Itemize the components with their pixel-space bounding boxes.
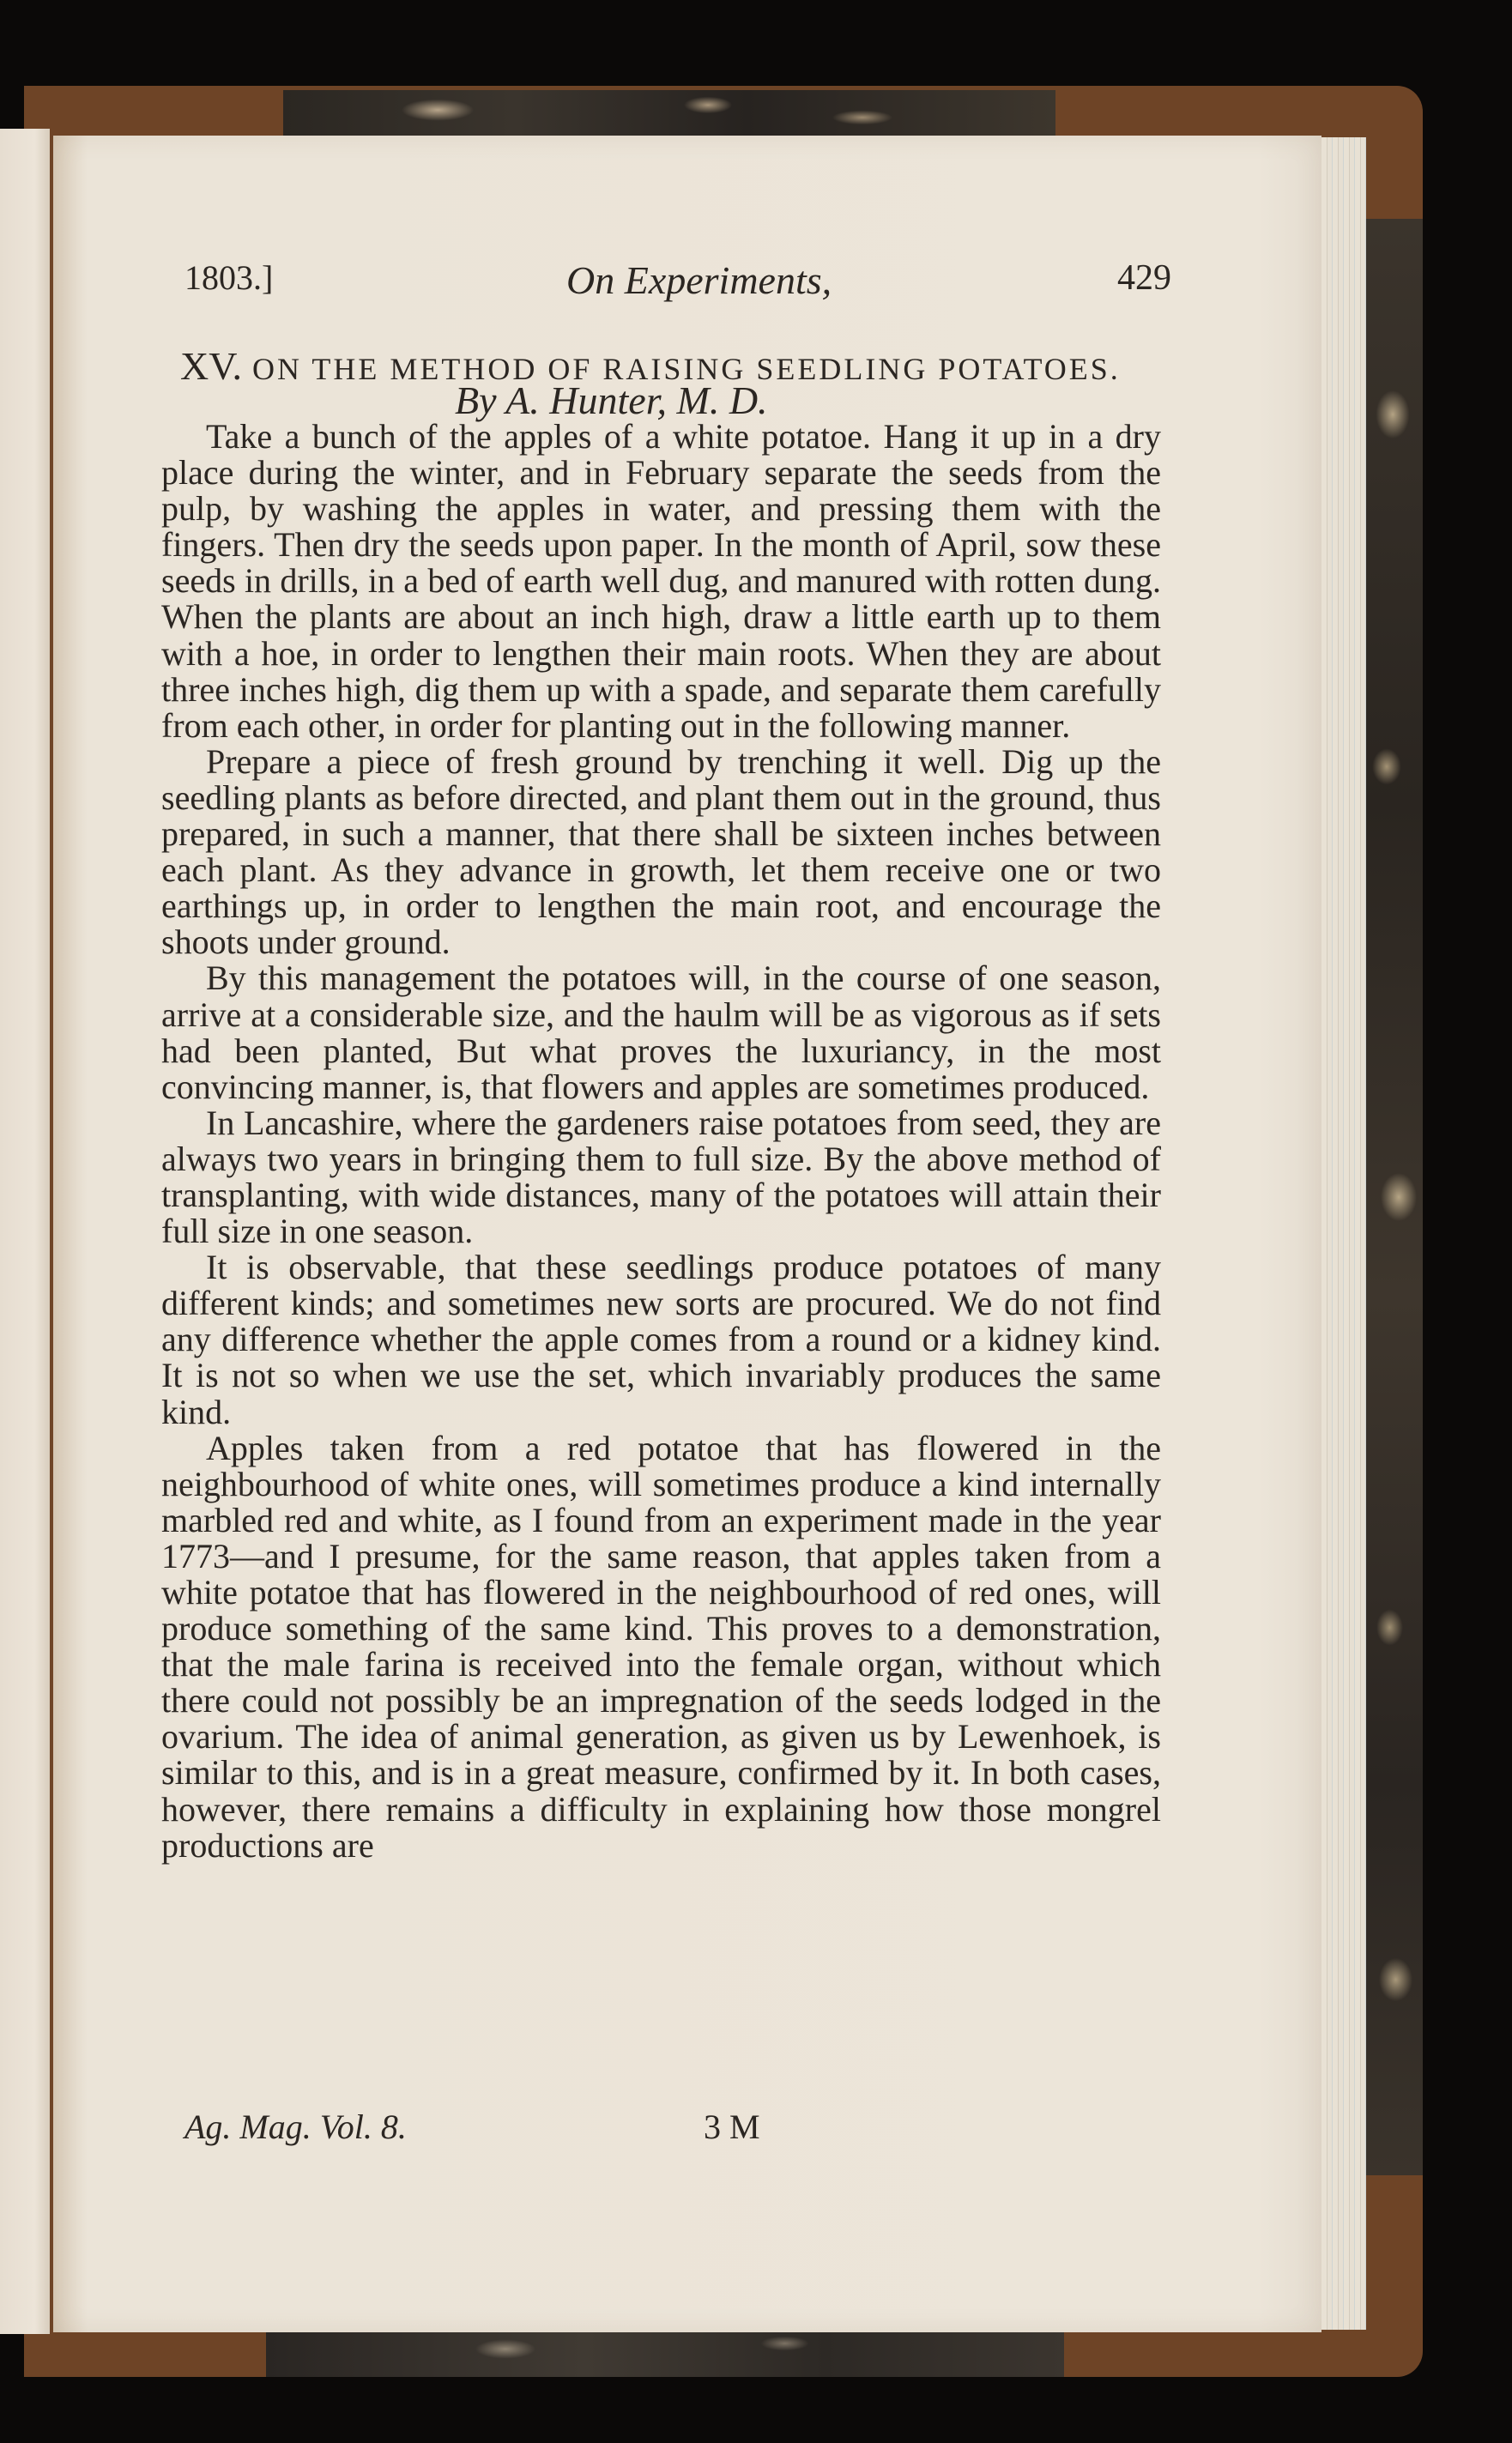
running-title: On Experiments,	[566, 257, 832, 303]
page-number: 429	[1117, 257, 1171, 299]
paragraph: Take a bunch of the apples of a white po…	[161, 419, 1161, 744]
marbled-board-right	[1363, 219, 1423, 2175]
paragraph: In Lancashire, where the gardeners raise…	[161, 1105, 1161, 1249]
marbled-board-top	[283, 90, 1055, 140]
paragraph: It is observable, that these seedlings p…	[161, 1249, 1161, 1430]
page-block-edges	[1321, 137, 1366, 2330]
signature-mark: 3 M	[704, 2107, 760, 2147]
page-footer: Ag. Mag. Vol. 8. 3 M	[184, 2107, 957, 2150]
facing-page-edge	[0, 129, 50, 2334]
running-header: 1803.] On Experiments, 429	[184, 257, 1171, 309]
paragraph: By this management the potatoes will, in…	[161, 960, 1161, 1104]
header-year: 1803.]	[184, 257, 273, 298]
article-body: Take a bunch of the apples of a white po…	[161, 419, 1161, 1864]
journal-reference: Ag. Mag. Vol. 8.	[184, 2107, 407, 2147]
article-number: XV.	[180, 344, 242, 388]
paragraph: Prepare a piece of fresh ground by trenc…	[161, 744, 1161, 961]
paragraph: Apples taken from a red potatoe that has…	[161, 1430, 1161, 1864]
